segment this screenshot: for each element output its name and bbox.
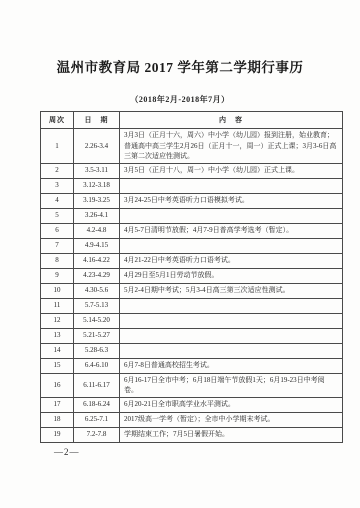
header-week: 周次 [41, 112, 74, 129]
week-cell: 15 [41, 358, 74, 373]
content-cell: 4月29日至5月1日劳动节放假。 [120, 268, 343, 283]
week-cell: 6 [41, 223, 74, 238]
table-row: 156.4-6.106月7-8日普通高校招生考试。 [41, 358, 343, 373]
date-cell: 4.23-4.29 [74, 268, 120, 283]
content-cell [120, 208, 343, 223]
content-cell [120, 298, 343, 313]
table-row: 104.30-5.65月2-4日期中考试；5月3-4日高三第三次适应性测试。 [41, 283, 343, 298]
week-cell: 4 [41, 193, 74, 208]
header-content: 内 容 [120, 112, 343, 129]
table-row: 115.7-5.13 [41, 298, 343, 313]
week-cell: 11 [41, 298, 74, 313]
week-cell: 17 [41, 397, 74, 412]
week-cell: 12 [41, 313, 74, 328]
week-cell: 10 [41, 283, 74, 298]
header-date: 日 期 [74, 112, 120, 129]
week-cell: 3 [41, 178, 74, 193]
content-cell: 4月21-22日中考英语听力口语考试。 [120, 253, 343, 268]
week-cell: 13 [41, 328, 74, 343]
table-row: 94.23-4.294月29日至5月1日劳动节放假。 [41, 268, 343, 283]
content-cell: 4月5-7日清明节放假；4月7-9日普高学考选考（暂定）。 [120, 223, 343, 238]
date-cell: 4.16-4.22 [74, 253, 120, 268]
date-cell: 4.30-5.6 [74, 283, 120, 298]
week-cell: 9 [41, 268, 74, 283]
table-row: 145.28-6.3 [41, 343, 343, 358]
date-cell: 3.26-4.1 [74, 208, 120, 223]
content-cell: 6月20-21日全市职高学业水平测试。 [120, 397, 343, 412]
table-row: 43.19-3.253月24-25日中考英语听力口语模拟考试。 [41, 193, 343, 208]
table-row: 186.25-7.12017级高一学考（暂定）；全市中小学期末考试。 [41, 412, 343, 427]
content-cell [120, 343, 343, 358]
date-cell: 2.26-3.4 [74, 129, 120, 164]
table-header-row: 周次 日 期 内 容 [41, 112, 343, 129]
page-number: —2— [54, 447, 80, 457]
content-cell: 6月7-8日普通高校招生考试。 [120, 358, 343, 373]
table-row: 125.14-5.20 [41, 313, 343, 328]
table-row: 84.16-4.224月21-22日中考英语听力口语考试。 [41, 253, 343, 268]
week-cell: 5 [41, 208, 74, 223]
date-cell: 3.19-3.25 [74, 193, 120, 208]
content-cell [120, 328, 343, 343]
date-cell: 5.28-6.3 [74, 343, 120, 358]
date-cell: 6.11-6.17 [74, 373, 120, 397]
date-cell: 3.12-3.18 [74, 178, 120, 193]
date-cell: 7.2-7.8 [74, 427, 120, 442]
content-cell: 学期结束工作；7月5日暑假开始。 [120, 427, 343, 442]
week-cell: 1 [41, 129, 74, 164]
week-cell: 8 [41, 253, 74, 268]
week-cell: 19 [41, 427, 74, 442]
table-row: 176.18-6.246月20-21日全市职高学业水平测试。 [41, 397, 343, 412]
date-cell: 5.14-5.20 [74, 313, 120, 328]
week-cell: 18 [41, 412, 74, 427]
content-cell: 2017级高一学考（暂定）；全市中小学期末考试。 [120, 412, 343, 427]
content-cell: 3月24-25日中考英语听力口语模拟考试。 [120, 193, 343, 208]
date-cell: 6.25-7.1 [74, 412, 120, 427]
date-cell: 5.7-5.13 [74, 298, 120, 313]
table-row: 23.5-3.113月5日（正月十八，周一）中小学（幼儿园）正式上课。 [41, 163, 343, 178]
content-cell: 5月2-4日期中考试；5月3-4日高三第三次适应性测试。 [120, 283, 343, 298]
content-cell: 3月5日（正月十八，周一）中小学（幼儿园）正式上课。 [120, 163, 343, 178]
date-cell: 4.2-4.8 [74, 223, 120, 238]
content-cell [120, 238, 343, 253]
table-body: 12.26-3.43月3日（正月十六，周六）中小学（幼儿园）报到注册，始业教育；… [41, 129, 343, 443]
week-cell: 2 [41, 163, 74, 178]
content-cell [120, 178, 343, 193]
date-cell: 4.9-4.15 [74, 238, 120, 253]
date-cell: 6.18-6.24 [74, 397, 120, 412]
week-cell: 16 [41, 373, 74, 397]
week-cell: 7 [41, 238, 74, 253]
content-cell: 6月16-17日全市中考；6月18日端午节放假1天；6月19-23日中考阅卷。 [120, 373, 343, 397]
table-row: 197.2-7.8学期结束工作；7月5日暑假开始。 [41, 427, 343, 442]
content-cell [120, 313, 343, 328]
date-cell: 3.5-3.11 [74, 163, 120, 178]
table-row: 135.21-5.27 [41, 328, 343, 343]
table-row: 33.12-3.18 [41, 178, 343, 193]
table-row: 64.2-4.84月5-7日清明节放假；4月7-9日普高学考选考（暂定）。 [41, 223, 343, 238]
content-cell: 3月3日（正月十六，周六）中小学（幼儿园）报到注册，始业教育；普通高中高三学生2… [120, 129, 343, 164]
date-cell: 6.4-6.10 [74, 358, 120, 373]
table-row: 12.26-3.43月3日（正月十六，周六）中小学（幼儿园）报到注册，始业教育；… [41, 129, 343, 164]
calendar-table: 周次 日 期 内 容 12.26-3.43月3日（正月十六，周六）中小学（幼儿园… [40, 111, 343, 443]
page-title: 温州市教育局 2017 学年第二学期行事历 [0, 56, 360, 76]
table-row: 74.9-4.15 [41, 238, 343, 253]
page-subtitle: （2018年2月-2018年7月） [0, 94, 360, 105]
week-cell: 14 [41, 343, 74, 358]
table-row: 166.11-6.176月16-17日全市中考；6月18日端午节放假1天；6月1… [41, 373, 343, 397]
date-cell: 5.21-5.27 [74, 328, 120, 343]
table-row: 53.26-4.1 [41, 208, 343, 223]
